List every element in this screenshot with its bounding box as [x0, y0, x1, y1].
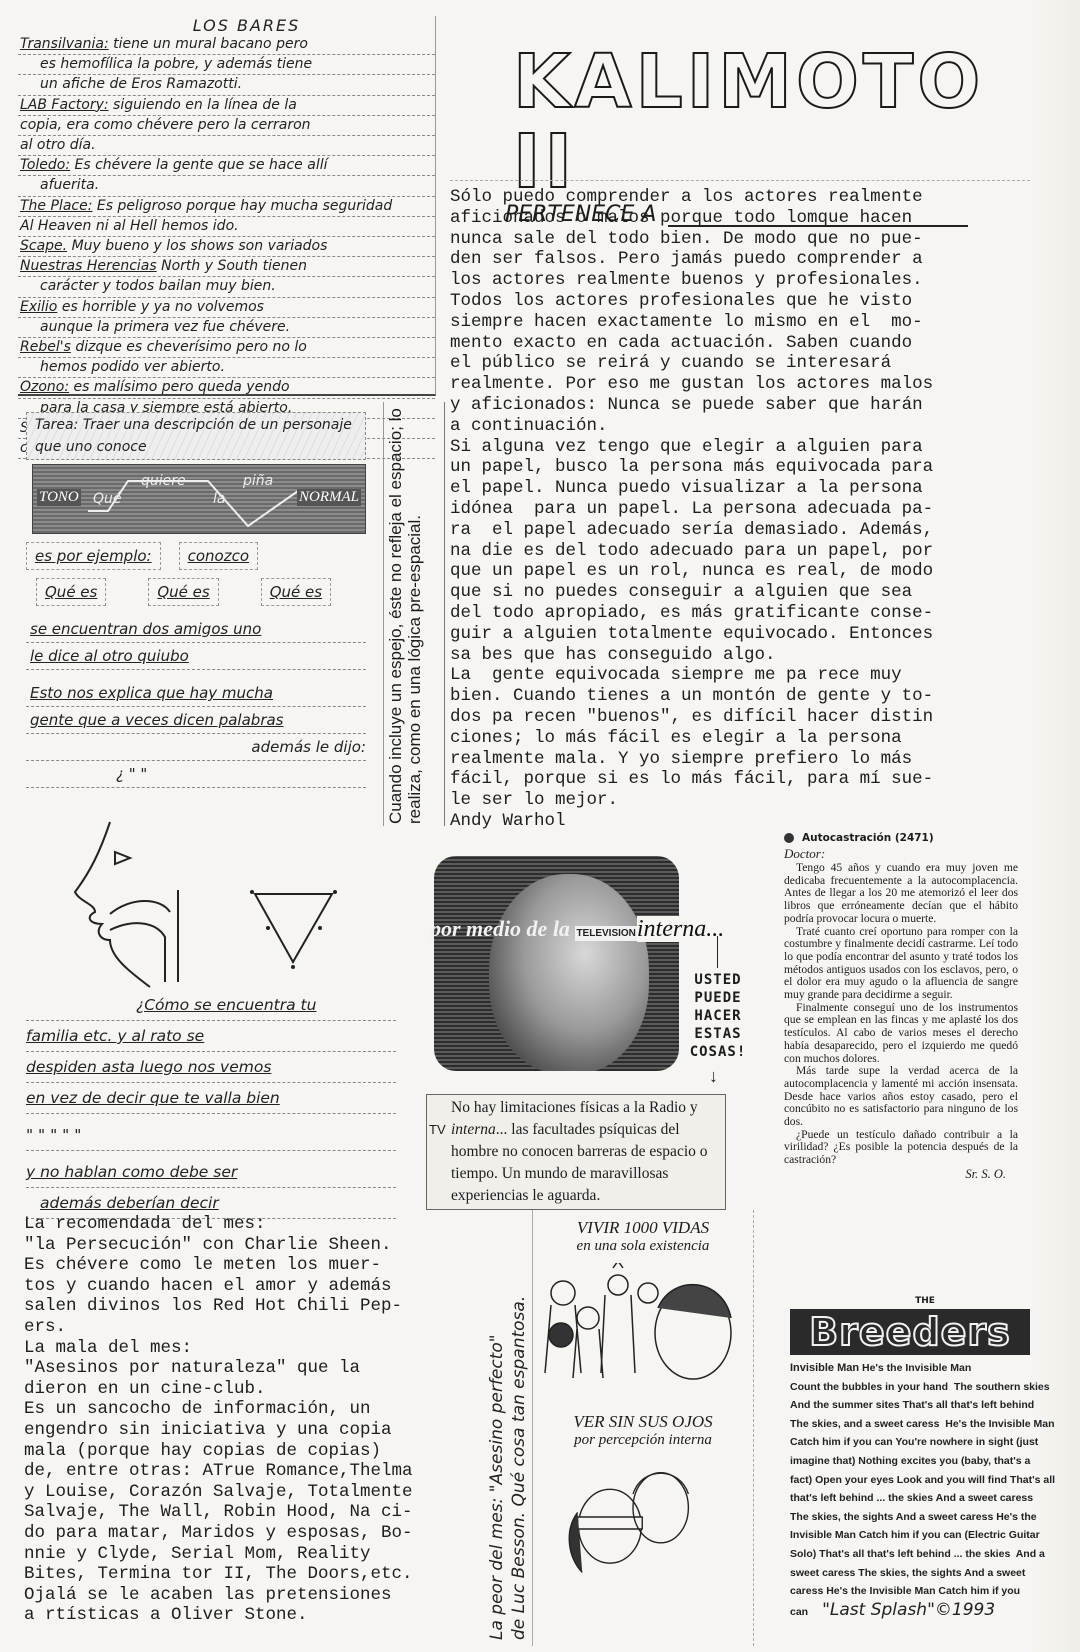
warhol-quote: Sólo puedo comprender a los actores real… [450, 180, 1030, 832]
bar-entry-line: Toledo: Es chévere la gente que se hace … [18, 156, 435, 176]
warhol-author: Andy Warhol [450, 811, 1030, 832]
tarea-line: ¿ " " [26, 761, 366, 788]
song-title: Invisible Man [790, 1362, 859, 1374]
callout-word: ESTAS [678, 1025, 758, 1043]
callout-word: PUEDE [678, 989, 758, 1007]
bar-entry-line: Scape. Muy bueno y los shows son variado… [18, 237, 435, 257]
bar-entry-line: afuerita. [18, 176, 435, 196]
movie-reviews-body: La recomendada del mes: "la Persecución"… [24, 1214, 484, 1626]
letter-paragraph: ¿Puede un testículo dañado contribuir a … [784, 1129, 1018, 1167]
bar-entry-line: Rebel's dizque es cheverísimo pero no lo [18, 338, 435, 358]
tarea-line: le dice al otro quiubo [26, 643, 366, 670]
advice-column-letter: Autocastración (2471) Doctor: Tengo 45 a… [784, 832, 1018, 1182]
callout-line [717, 936, 718, 968]
vivir-1000-vidas-ad: VIVIR 1000 VIDAS en una sola existencia … [532, 1210, 754, 1646]
warhol-quote-body: Sólo puedo comprender a los actores real… [450, 187, 1030, 811]
band-article: THE [820, 1296, 1030, 1306]
page-edge [1030, 0, 1080, 1652]
bar-name: Scape. [20, 238, 67, 254]
movie-reviews: La recomendada del mes: "la Persecución"… [24, 1214, 484, 1626]
que-es-label: Qué es [148, 578, 218, 606]
greeting-line: ¿Cómo se encuentra tu [26, 990, 396, 1021]
que-es-label: Qué es [261, 578, 331, 606]
letter-signature: Sr. S. O. [784, 1167, 1018, 1182]
arrow-down-icon: ↓ [709, 1066, 718, 1087]
que-es-label: Qué es [36, 578, 106, 606]
vivir-title: VIVIR 1000 VIDAS [533, 1218, 753, 1238]
phonetics-diagram-icon [70, 812, 350, 992]
tarea-line: se encuentran dos amigos uno [26, 616, 366, 643]
blindfolded-women-illustration-icon [533, 1457, 733, 1577]
ver-sin-ojos-subtitle: por percepción interna [533, 1432, 753, 1449]
tv-ad-callout: USTEDPUEDEHACERESTASCOSAS! [678, 971, 758, 1061]
tarea-line: Esto nos explica que hay mucha [26, 680, 366, 707]
bar-entry-line: aunque la primera vez fue chévere. [18, 318, 435, 338]
letter-paragraph: Traté cuanto creí oportuno para romper c… [784, 926, 1018, 1002]
mirror-caption: Cuando incluye un espejo, éste no reflej… [386, 404, 424, 824]
greeting-line: y no hablan como debe ser [26, 1157, 396, 1188]
bar-entry-line: Al Heaven ni al Hell hemos ido. [18, 217, 435, 237]
tv-ad-headline: por medio de la TELEVISIONinterna... [430, 916, 728, 943]
bar-name: Exilio [20, 299, 57, 315]
bar-entry-line: hemos podido ver abierto. [18, 358, 435, 378]
greeting-line: " " " " " [26, 1120, 396, 1151]
bar-name: LAB Factory: [20, 97, 109, 113]
bar-entry-line: un afiche de Eros Ramazotti. [18, 75, 435, 95]
los-bares-section: LOS BARES Transilvania: tiene un mural b… [18, 16, 436, 396]
bar-name: The Place: [20, 198, 92, 214]
song-lyrics: Invisible Man He's the Invisible Man Cou… [790, 1359, 1030, 1621]
zine-page: LOS BARES Transilvania: tiene un mural b… [0, 0, 1080, 1652]
tono-label: TONO [37, 489, 81, 506]
example-value: conozco [179, 542, 258, 570]
tv-ad-body: TV No hay limitaciones físicas a la Radi… [426, 1094, 726, 1210]
letter-paragraph: Tengo 45 años y cuando era muy joven me … [784, 862, 1018, 926]
bar-name: Ozono: [20, 379, 69, 395]
vivir-subtitle: en una sola existencia [533, 1238, 753, 1255]
example-label: es por ejemplo: [26, 542, 161, 570]
greeting-line: despiden asta luego nos vemos [26, 1052, 396, 1083]
face-illustration-icon [489, 874, 649, 1071]
tarea-line: además le dijo: [26, 734, 366, 761]
worst-of-month-line: La peor del mes: "Asesino perfecto" [486, 1220, 508, 1640]
bar-entry-line: es hemofílica la pobre, y además tiene [18, 55, 435, 75]
band-logo: Breeders [790, 1309, 1030, 1355]
bar-name: Nuestras Herencias [20, 258, 157, 274]
tarea-section: Tarea: Traer una descripción de un perso… [26, 412, 366, 812]
bar-entry-line: al otro día. [18, 136, 435, 156]
historical-figures-illustration-icon [533, 1263, 733, 1383]
tono-zigzag-icon [88, 471, 308, 531]
letter-paragraph: Finalmente conseguí uno de los instrumen… [784, 1002, 1018, 1066]
handwritten-greetings: ¿Cómo se encuentra tu familia etc. y al … [26, 990, 396, 1219]
mirror-caption-clipping: Cuando incluye un espejo, éste no reflej… [383, 402, 445, 826]
bar-name: Rebel's [20, 339, 71, 355]
greeting-line: en vez de decir que te valla bien [26, 1083, 396, 1114]
tarea-line: gente que a veces dicen palabras [26, 707, 366, 734]
bar-entry-line: copia, era como chévere pero la cerraron [18, 116, 435, 136]
tono-diagram: TONO Qué quiere la piña NORMAL [32, 464, 366, 534]
worst-of-month-line: de Luc Besson. Qué cosa tan espantosa. [508, 1220, 530, 1640]
los-bares-list: Transilvania: tiene un mural bacano pero… [18, 35, 435, 459]
letter-paragraph: Más tarde supe la verdad acerca de la au… [784, 1065, 1018, 1129]
bullet-icon [784, 833, 794, 843]
tv-screen-image [434, 856, 679, 1071]
tv-interna-ad: por medio de la TELEVISIONinterna... UST… [426, 856, 766, 1156]
zine-title: KALIMOTO II [505, 42, 1005, 202]
greeting-line: familia etc. y al rato se [26, 1021, 396, 1052]
bar-entry-line: carácter y todos bailan muy bien. [18, 277, 435, 297]
los-bares-title: LOS BARES [58, 16, 435, 35]
bar-name: Toledo: [20, 157, 70, 173]
letter-heading: Autocastración (2471) [784, 832, 1018, 844]
bar-entry-line: Transilvania: tiene un mural bacano pero [18, 35, 435, 55]
bar-name: Transilvania: [20, 36, 109, 52]
masthead: KALIMOTO II PERTENECE A [505, 42, 1005, 162]
bar-entry-line: LAB Factory: siguiendo en la línea de la [18, 96, 435, 116]
bar-entry-line: Nuestras Herencias North y South tienen [18, 257, 435, 277]
breeders-lyrics: THE Breeders Invisible Man He's the Invi… [790, 1296, 1030, 1621]
bar-entry-line: Ozono: es malísimo pero queda yendo [18, 378, 435, 398]
tarea-task: Tarea: Traer una descripción de un perso… [26, 412, 366, 460]
letter-salutation: Doctor: [784, 846, 1018, 862]
callout-word: HACER [678, 1007, 758, 1025]
callout-word: COSAS! [678, 1043, 758, 1061]
album-credit: "Last Splash"©1993 [822, 1600, 995, 1620]
ver-sin-ojos-title: VER SIN SUS OJOS [533, 1412, 753, 1432]
callout-word: USTED [678, 971, 758, 989]
bar-entry-line: The Place: Es peligroso porque hay mucha… [18, 197, 435, 217]
normal-label: NORMAL [297, 489, 361, 506]
bar-entry-line: Exilio es horrible y ya no volvemos [18, 298, 435, 318]
